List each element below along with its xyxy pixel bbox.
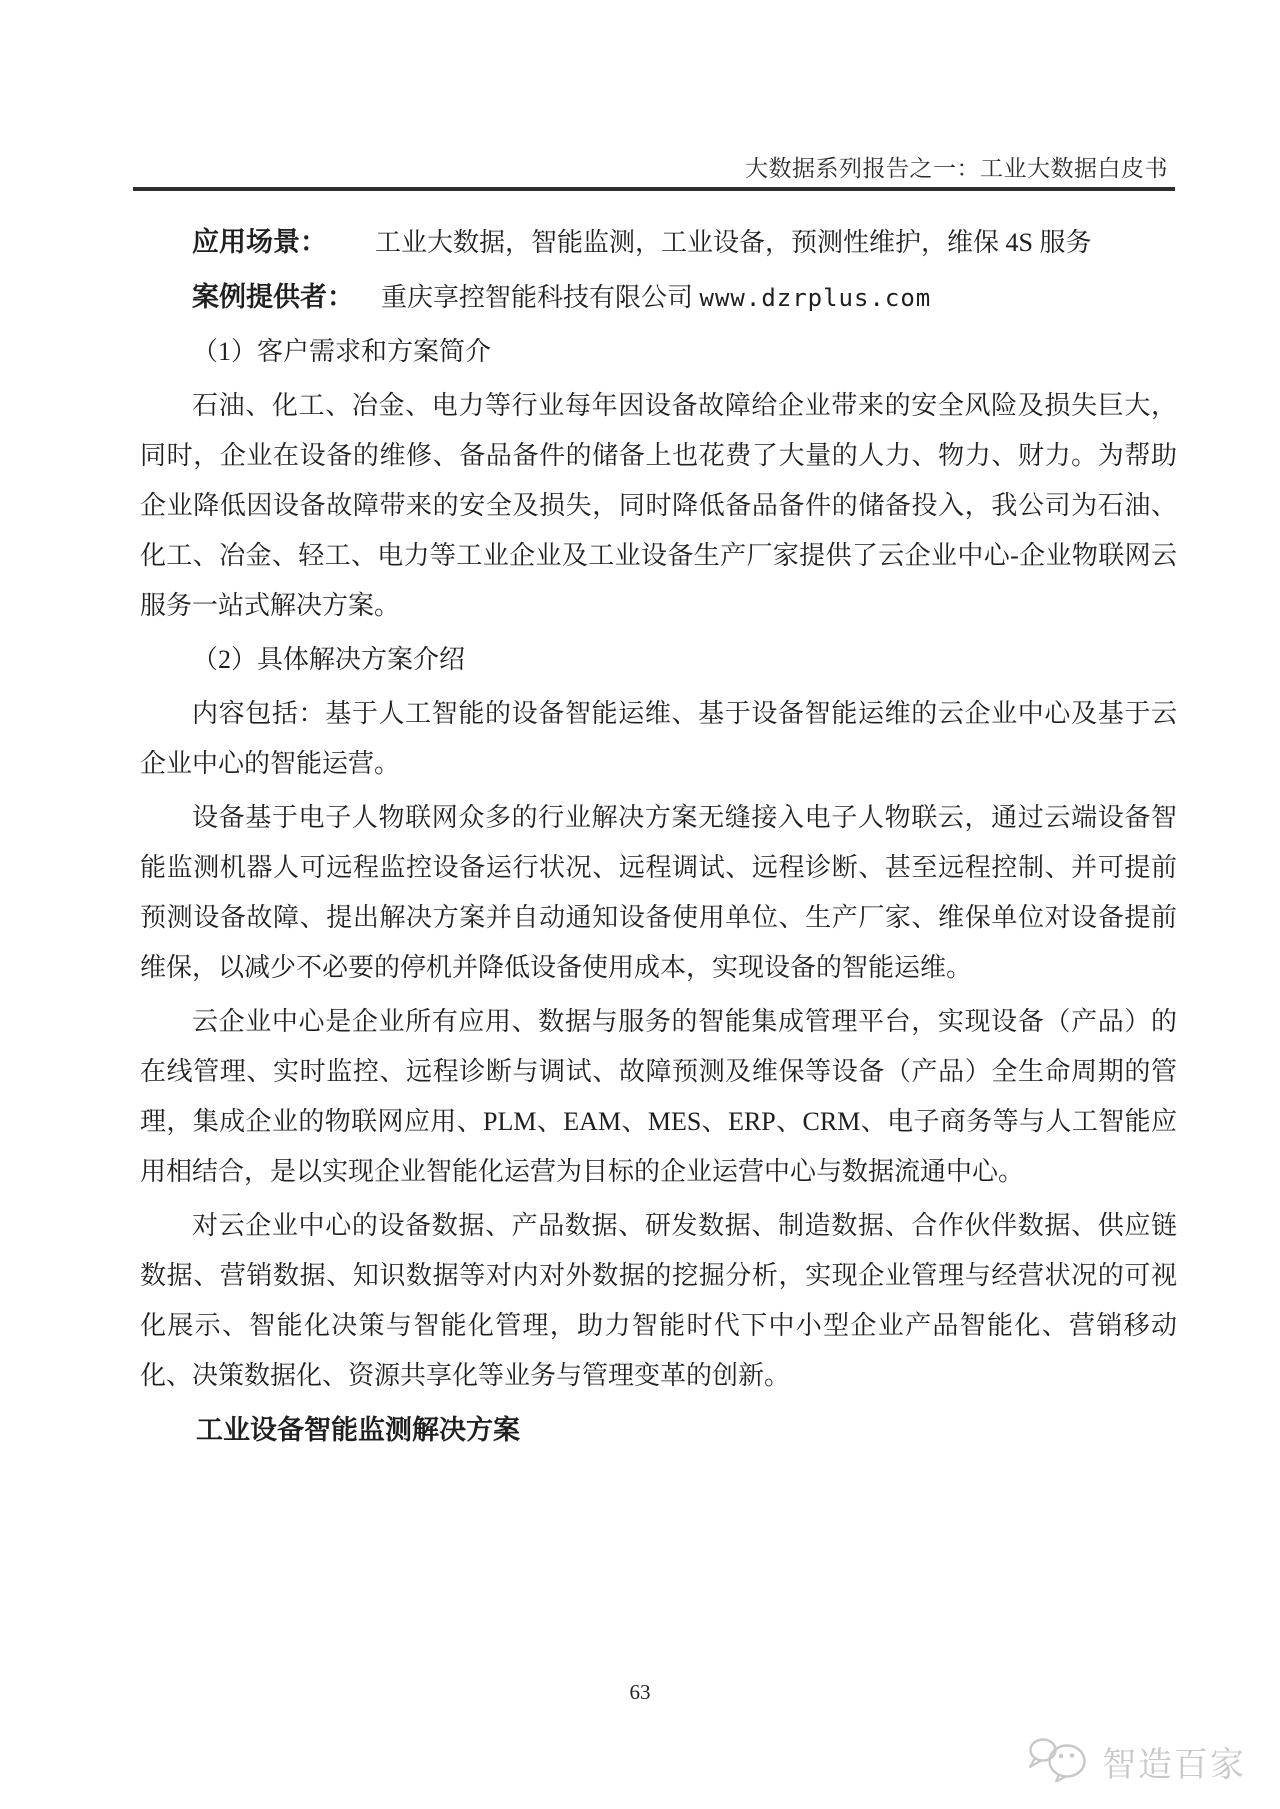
case-provider-company: 重庆享控智能科技有限公司 [381,283,693,312]
paragraph-cloud-center: 云企业中心是企业所有应用、数据与服务的智能集成管理平台，实现设备（产品）的在线管… [140,997,1177,1197]
application-scene-line: 应用场景：工业大数据，智能监测，工业设备，预测性维护，维保 4S 服务 [140,217,1177,268]
page-number: 63 [0,1680,1280,1705]
paragraph-customer-needs: 石油、化工、冶金、电力等行业每年因设备故障给企业带来的安全风险及损失巨大，同时，… [140,381,1177,631]
watermark: 智造百家 [1026,1736,1246,1787]
paragraph-data-mining: 对云企业中心的设备数据、产品数据、研发数据、制造数据、合作伙伴数据、供应链数据、… [140,1201,1177,1401]
section-1-title: （1）客户需求和方案简介 [140,327,1177,377]
watermark-label: 智造百家 [1102,1737,1246,1786]
case-provider-line: 案例提供者：重庆享控智能科技有限公司 www.dzrplus.com [140,272,1177,323]
application-scene-label: 应用场景： [192,227,327,257]
case-provider-url: www.dzrplus.com [700,284,932,312]
document-page: 大数据系列报告之一：工业大数据白皮书 应用场景：工业大数据，智能监测，工业设备，… [0,0,1280,1809]
solution-heading: 工业设备智能监测解决方案 [140,1405,1177,1455]
paragraph-device-ops: 设备基于电子人物联网众多的行业解决方案无缝接入电子人物联云，通过云端设备智能监测… [140,793,1177,993]
application-scene-value: 工业大数据，智能监测，工业设备，预测性维护，维保 4S 服务 [375,228,1091,257]
header-rule [133,187,1175,191]
wechat-icon [1026,1736,1090,1787]
paragraph-content-overview: 内容包括：基于人工智能的设备智能运维、基于设备智能运维的云企业中心及基于云企业中… [140,689,1177,789]
section-2-title: （2）具体解决方案介绍 [140,635,1177,685]
running-title: 大数据系列报告之一：工业大数据白皮书 [745,150,1168,183]
document-body: 应用场景：工业大数据，智能监测，工业设备，预测性维护，维保 4S 服务 案例提供… [140,217,1177,1459]
case-provider-label: 案例提供者： [192,282,354,312]
